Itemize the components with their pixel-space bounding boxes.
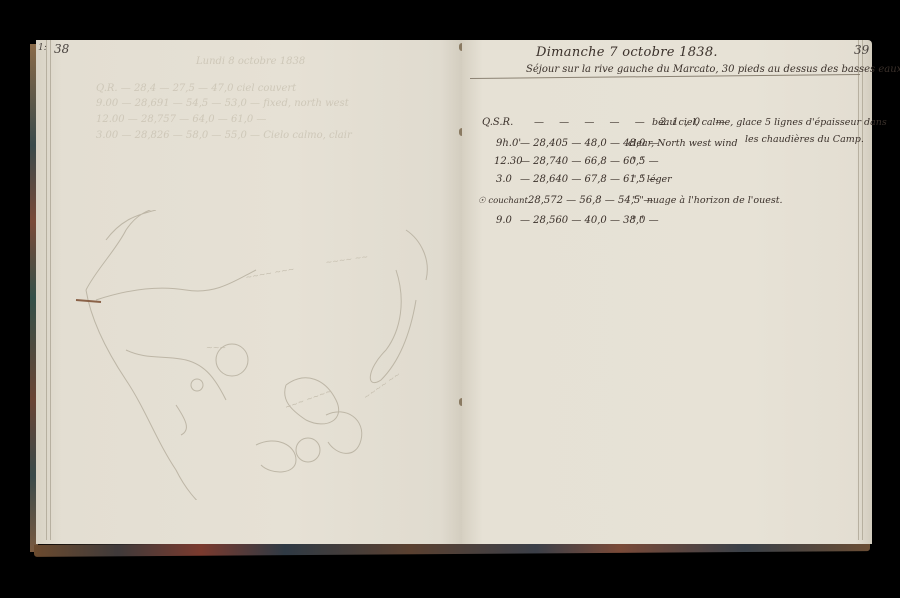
svg-text:~~~~ ~~~: ~~~~ ~~~ <box>245 265 295 282</box>
margin-mark: 1: <box>38 43 47 53</box>
svg-text:~~~~ ~~: ~~~~ ~~ <box>362 370 402 402</box>
observation-note: " " <box>632 215 644 226</box>
margin-rule <box>50 40 51 540</box>
ghost-line: 3.00 — 28,826 — 58,0 — 55,0 — Cielo calm… <box>96 130 352 141</box>
observation-note: clear, North west wind <box>628 138 738 149</box>
right-page: 39 <box>462 40 872 544</box>
entry-heading: Dimanche 7 octobre 1838. <box>536 45 718 60</box>
observation-note: les chaudières du Camp. <box>745 134 864 145</box>
ghost-heading: Lundi 8 octobre 1838 <box>196 56 305 67</box>
observation-note: " " léger <box>632 174 672 185</box>
margin-rule <box>862 40 863 540</box>
svg-text:~~~~ ~~: ~~~~ ~~ <box>325 252 369 267</box>
margin-rule <box>858 40 859 540</box>
ghost-line: 12.00 — 28,757 — 64,0 — 61,0 — <box>96 114 266 125</box>
margin-rule <box>46 40 47 540</box>
ghost-line: Q.R. — 28,4 — 27,5 — 47,0 ciel couvert <box>96 83 296 94</box>
observation-note: " " nuage à l'horizon de l'ouest. <box>632 195 783 206</box>
pencil-map-sketch: ~~~~ ~~~ ~~~~ ~~ ~~~ ~~~ ~~~~ ~~~~ ~~ <box>66 210 446 500</box>
svg-text:~~~: ~~~ <box>206 343 226 352</box>
observation-note: " " <box>632 156 644 167</box>
page-number-left: 38 <box>54 42 69 56</box>
ghost-line: 9.00 — 28,691 — 54,5 — 53,0 — fixed, nor… <box>96 98 349 109</box>
page-number-right: 39 <box>854 43 869 57</box>
observation-row: ☉ couchant28,572 — 56,8 — 54,5 — <box>478 195 653 206</box>
observation-note: beau ciel, calme, glace 5 lignes d'épais… <box>652 117 887 128</box>
svg-text:~~~ ~~~~: ~~~ ~~~~ <box>284 387 334 412</box>
left-page: 1: 38 Lundi 8 octobre 1838 Q.R. — 28,4 —… <box>36 40 462 544</box>
